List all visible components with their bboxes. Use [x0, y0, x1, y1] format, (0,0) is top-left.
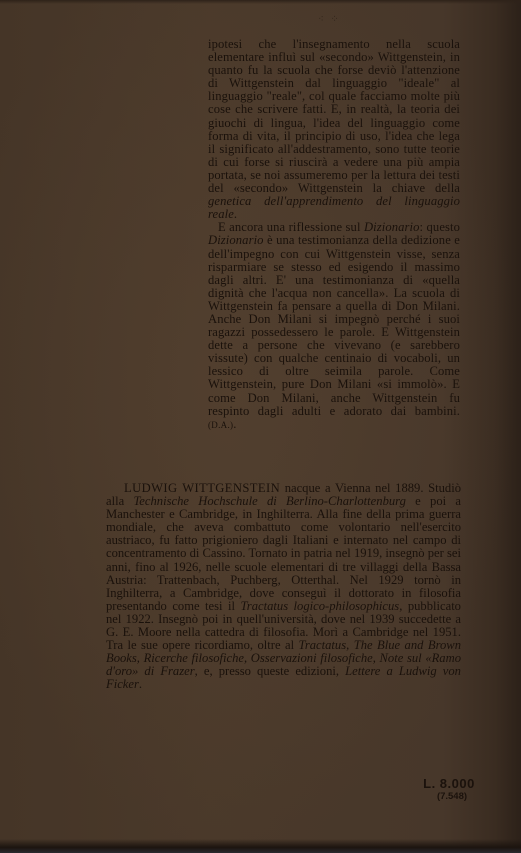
author-signature: (D.A.) [208, 420, 233, 430]
blurb-paragraph-1: ipotesi che l'insegnamento nella scuola … [208, 38, 460, 221]
price-main: L. 8.000 [398, 776, 488, 791]
blurb-italic-phrase: genetica dell'apprendimento del linguagg… [208, 194, 460, 221]
blurb-text-block: ipotesi che l'insegnamento nella scuola … [208, 38, 460, 432]
book-back-cover: ⁖ ⁘ ipotesi che l'insegnamento nella scu… [0, 0, 521, 853]
dizionario-title: Dizionario [208, 233, 264, 247]
work-title: Tractatus logico-philosophicus [241, 599, 400, 613]
author-name: LUDWIG WITTGENSTEIN [124, 481, 280, 495]
ink-stain-mark: ⁖ ⁘ [318, 14, 358, 34]
cover-top-edge [0, 0, 521, 4]
bio-paragraph: LUDWIG WITTGENSTEIN nacque a Vienna nel … [106, 482, 461, 692]
blurb-paragraph-2: E ancora una riflessione sul Dizionario:… [208, 221, 460, 432]
dizionario-title: Dizionario [364, 220, 420, 234]
price-label: L. 8.000 (7.548) [398, 776, 488, 802]
price-code: (7.548) [398, 791, 488, 802]
author-biography: LUDWIG WITTGENSTEIN nacque a Vienna nel … [106, 482, 461, 692]
